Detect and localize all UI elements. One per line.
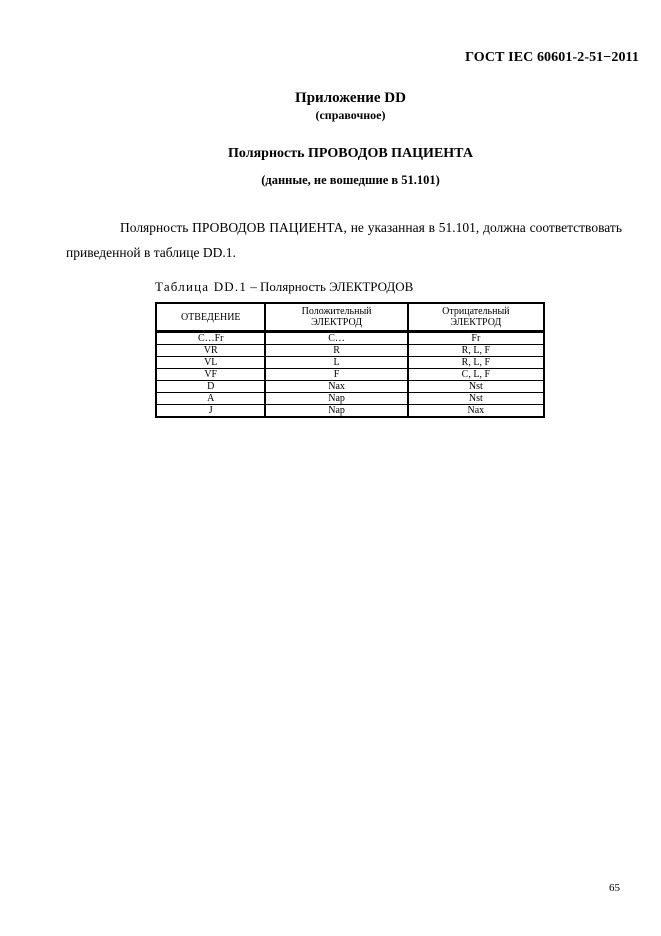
table-row: VRRR, L, F bbox=[156, 345, 544, 357]
cell-negative: Nst bbox=[408, 381, 544, 393]
header-lead: ОТВЕДЕНИЕ bbox=[156, 303, 265, 332]
cell-positive: Nap bbox=[265, 405, 407, 418]
document-code: ГОСТ IEC 60601-2-51−2011 bbox=[465, 50, 639, 66]
cell-negative: R, L, F bbox=[408, 357, 544, 369]
annex-subtitle: (справочное) bbox=[20, 108, 661, 123]
table-row: DNaxNst bbox=[156, 381, 544, 393]
annex-title: Приложение DD bbox=[20, 90, 661, 107]
table-row: VLLR, L, F bbox=[156, 357, 544, 369]
cell-negative: Nax bbox=[408, 405, 544, 418]
table-row: JNapNax bbox=[156, 405, 544, 418]
table-caption-text: – Полярность ЭЛЕКТРОДОВ bbox=[247, 279, 413, 294]
table-row: ANapNst bbox=[156, 393, 544, 405]
cell-lead: A bbox=[156, 393, 265, 405]
header-negative-electrode: ОтрицательныйЭЛЕКТРОД bbox=[408, 303, 544, 332]
cell-lead: VF bbox=[156, 369, 265, 381]
table-row: VFFC, L, F bbox=[156, 369, 544, 381]
cell-negative: R, L, F bbox=[408, 345, 544, 357]
page-number: 65 bbox=[609, 882, 620, 894]
table-row: C…FrC…Fr bbox=[156, 332, 544, 345]
cell-negative: C, L, F bbox=[408, 369, 544, 381]
polarity-table: ОТВЕДЕНИЕ ПоложительныйЭЛЕКТРОД Отрицате… bbox=[155, 302, 545, 418]
header-positive-electrode: ПоложительныйЭЛЕКТРОД bbox=[265, 303, 407, 332]
table-caption: Таблица DD.1 – Полярность ЭЛЕКТРОДОВ bbox=[155, 279, 413, 295]
table-caption-label: Таблица DD.1 bbox=[155, 279, 247, 294]
cell-positive: F bbox=[265, 369, 407, 381]
cell-negative: Fr bbox=[408, 332, 544, 345]
cell-positive: R bbox=[265, 345, 407, 357]
body-paragraph: Полярность ПРОВОДОВ ПАЦИЕНТА, не указанн… bbox=[66, 215, 622, 265]
cell-positive: Nax bbox=[265, 381, 407, 393]
cell-negative: Nst bbox=[408, 393, 544, 405]
table-header-row: ОТВЕДЕНИЕ ПоложительныйЭЛЕКТРОД Отрицате… bbox=[156, 303, 544, 332]
cell-lead: J bbox=[156, 405, 265, 418]
cell-positive: Nap bbox=[265, 393, 407, 405]
section-title: Полярность ПРОВОДОВ ПАЦИЕНТА bbox=[20, 146, 661, 162]
cell-lead: D bbox=[156, 381, 265, 393]
cell-lead: C…Fr bbox=[156, 332, 265, 345]
cell-lead: VR bbox=[156, 345, 265, 357]
cell-positive: C… bbox=[265, 332, 407, 345]
section-subtitle: (данные, не вошедшие в 51.101) bbox=[20, 173, 661, 188]
cell-lead: VL bbox=[156, 357, 265, 369]
cell-positive: L bbox=[265, 357, 407, 369]
